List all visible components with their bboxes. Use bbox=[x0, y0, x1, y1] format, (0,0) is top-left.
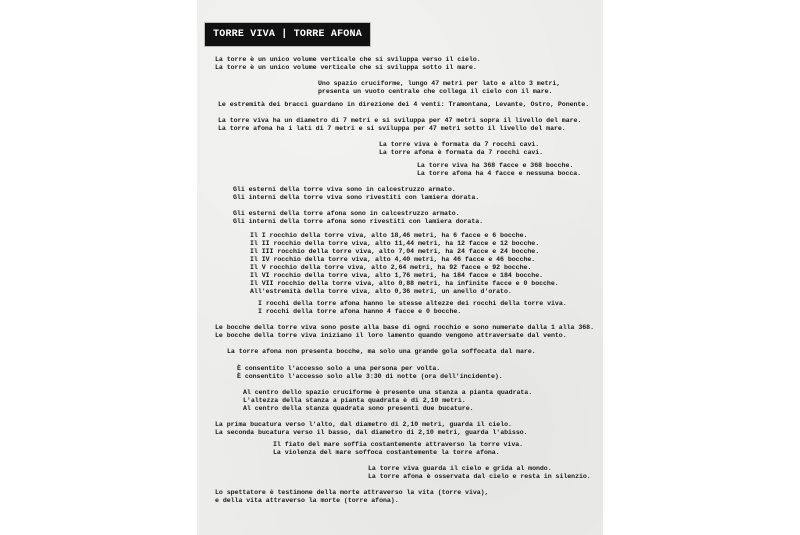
text-line: La torre viva ha 368 facce e 368 bocche. bbox=[417, 162, 573, 170]
document-title: TORRE VIVA | TORRE AFONA bbox=[205, 23, 370, 46]
text-line: La torre afona ha 4 facce e nessuna bocc… bbox=[417, 170, 581, 178]
text-line: e della vita attraverso la morte (torre … bbox=[215, 497, 399, 505]
text-line: Il IV rocchio della torre viva, alto 4,4… bbox=[250, 256, 535, 264]
text-line: È consentito l'accesso solo alle 3:30 di… bbox=[237, 373, 503, 381]
text-line: Il fiato del mare soffia costantemente a… bbox=[273, 441, 523, 449]
text-line: presenta un vuoto centrale che collega i… bbox=[318, 88, 552, 96]
text-line: Il VII rocchio della torre viva, alto 0,… bbox=[250, 280, 559, 288]
text-line: La torre afona è formata da 7 rocchi cav… bbox=[379, 149, 543, 157]
text-line: Gli esterni della torre viva sono in cal… bbox=[233, 186, 456, 194]
text-line: La seconda bucatura verso il basso, dal … bbox=[215, 429, 528, 437]
text-line: Il II rocchio della torre viva, alto 11,… bbox=[250, 240, 539, 248]
text-line: I rocchi della torre afona hanno 4 facce… bbox=[258, 308, 461, 316]
text-line: La torre è un unico volume verticale che… bbox=[215, 56, 481, 64]
text-line: È consentito l'accesso solo a una person… bbox=[237, 365, 440, 373]
text-line: La violenza del mare soffoca costantemen… bbox=[273, 449, 500, 457]
text-line: La torre viva ha un diametro di 7 metri … bbox=[218, 117, 581, 125]
text-line: La prima bucatura verso l'alto, dal diam… bbox=[215, 421, 512, 429]
text-line: Gli esterni della torre afona sono in ca… bbox=[233, 210, 460, 218]
text-line: Gli interni della torre afona sono rives… bbox=[233, 218, 483, 226]
text-line: Gli interni della torre viva sono rivest… bbox=[233, 194, 479, 202]
text-line: Le bocche della torre viva iniziano il l… bbox=[215, 332, 567, 340]
text-line: Al centro della stanza quadrata sono pre… bbox=[243, 405, 474, 413]
text-line: All'estremità della torre viva, alto 0,3… bbox=[250, 288, 512, 296]
text-line: La torre afona non presenta bocche, ma s… bbox=[227, 348, 536, 356]
text-line: Il III rocchio della torre viva, alto 7,… bbox=[250, 248, 539, 256]
text-line: Il VI rocchio della torre viva, alto 1,7… bbox=[250, 272, 543, 280]
text-line: La torre afona è osservata dal cielo e r… bbox=[368, 473, 591, 481]
text-line: La torre viva guarda il cielo e grida al… bbox=[368, 465, 552, 473]
text-line: La torre è un unico volume verticale che… bbox=[215, 64, 477, 72]
text-line: Al centro dello spazio cruciforme è pres… bbox=[243, 389, 532, 397]
text-line: L'altezza della stanza a pianta quadrata… bbox=[243, 397, 466, 405]
text-line: Le bocche della torre viva sono poste al… bbox=[215, 324, 594, 332]
text-line: Lo spettatore è testimone della morte at… bbox=[215, 489, 488, 497]
text-line: Uno spazio cruciforme, lungo 47 metri pe… bbox=[318, 80, 560, 88]
text-line: Il I rocchio della torre viva, alto 18,4… bbox=[250, 232, 527, 240]
text-line: La torre afona ha i lati di 7 metri e si… bbox=[218, 125, 566, 133]
document-page: TORRE VIVA | TORRE AFONA La torre è un u… bbox=[197, 0, 603, 535]
text-line: Le estremità dei bracci guardano in dire… bbox=[218, 101, 589, 109]
text-line: I rocchi della torre afona hanno le stes… bbox=[258, 300, 567, 308]
text-line: La torre viva è formata da 7 rocchi cavi… bbox=[379, 141, 539, 149]
text-line: Il V rocchio della torre viva, alto 2,64… bbox=[250, 264, 531, 272]
